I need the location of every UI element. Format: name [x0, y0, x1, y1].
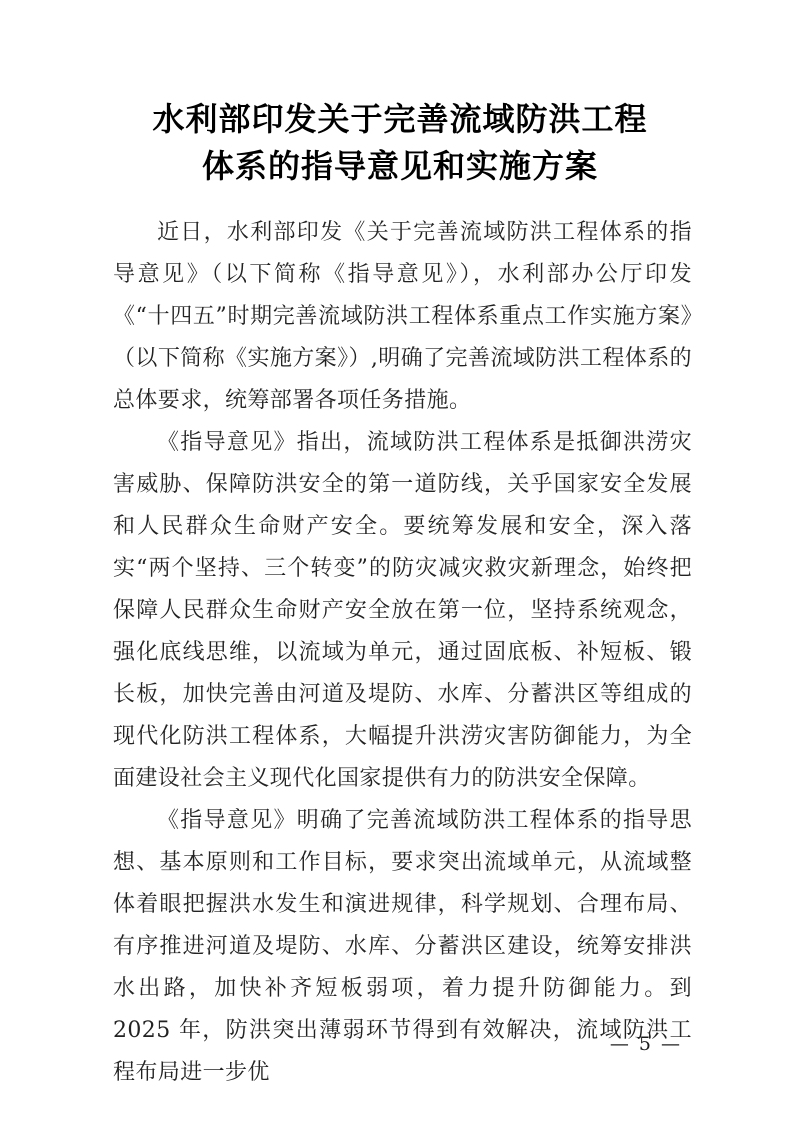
paragraph-guidance-points: 《指导意见》指出，流域防洪工程体系是抵御洪涝灾害威胁、保障防洪安全的第一道防线，… [113, 422, 692, 800]
document-title: 水利部印发关于完善流域防洪工程 体系的指导意见和实施方案 [0, 0, 800, 190]
page-number: — 5 — [610, 1033, 682, 1055]
paragraph-intro: 近日，水利部印发《关于完善流域防洪工程体系的指导意见》（以下简称《指导意见》），… [113, 212, 692, 422]
paragraph-goals: 《指导意见》明确了完善流域防洪工程体系的指导思想、基本原则和工作目标，要求突出流… [113, 800, 692, 1094]
document-title-line-1: 水利部印发关于完善流域防洪工程 [100, 96, 700, 143]
document-body: 近日，水利部印发《关于完善流域防洪工程体系的指导意见》（以下简称《指导意见》），… [0, 190, 800, 1094]
document-page: 水利部印发关于完善流域防洪工程 体系的指导意见和实施方案 近日，水利部印发《关于… [0, 0, 800, 1131]
document-title-line-2: 体系的指导意见和实施方案 [100, 143, 700, 190]
